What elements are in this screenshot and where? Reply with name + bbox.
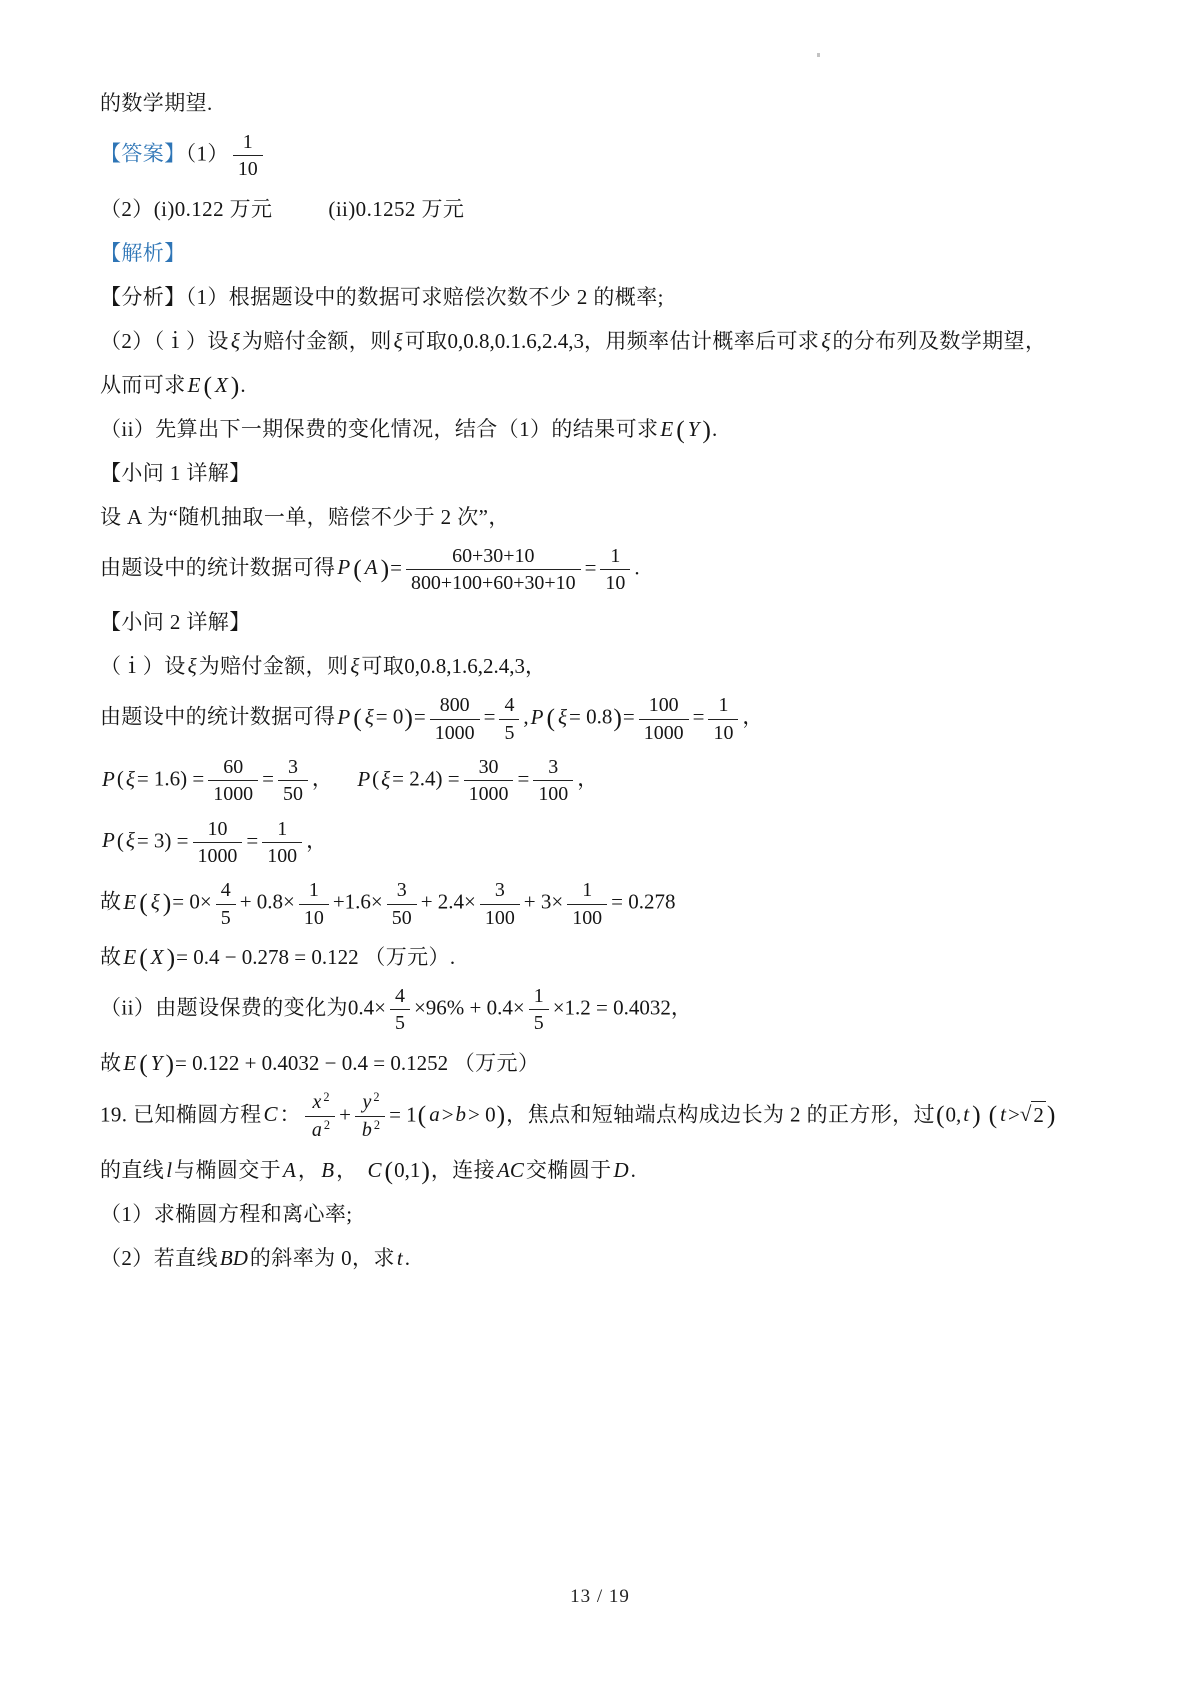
question-19-line: 19. 已知椭圆方程C：x2a2+y2b2= 1(a>b> 0)，焦点和短轴端点…: [100, 1090, 1104, 1143]
text-run: =: [517, 767, 529, 791]
text-run: = 0.8: [569, 705, 612, 729]
fraction: 8001000: [430, 693, 480, 745]
pa-equation-line: 由题设中的统计数据可得P(A)=60+30+10800+100+60+30+10…: [100, 544, 1104, 596]
fraction: 1100: [262, 817, 302, 869]
fraction: 45: [390, 984, 410, 1036]
text-run: 10: [304, 907, 324, 929]
question-tail-line: 的数学期望.: [100, 86, 1104, 120]
text-run: （ii）由题设保费的变化为: [100, 996, 348, 1020]
e-xi-equation-line: 故E(ξ)= 0×45+ 0.8×110+1.6×350+ 2.4×3100+ …: [100, 878, 1104, 930]
text-run: .: [712, 417, 718, 441]
math-var: E: [121, 1051, 138, 1075]
math-var: Y: [686, 417, 702, 441]
text-run: 10: [713, 722, 733, 744]
text-run: 【小问 1 详解】: [100, 461, 251, 485]
text-run: ，: [306, 828, 327, 852]
text-run: >: [442, 1102, 454, 1126]
text-run: =: [623, 705, 635, 729]
text-run: .: [634, 555, 640, 579]
text-run: =: [693, 705, 705, 729]
text-run: 设 A 为“随机抽取一单，赔偿不少于 2 次”，: [100, 505, 510, 529]
text-run: 100: [538, 783, 568, 805]
fraction: 110: [233, 130, 263, 182]
text-run: 1: [534, 985, 544, 1007]
text-run: .: [240, 373, 246, 397]
text-run: 800+100+60+30+10: [411, 572, 576, 594]
text-run: 2: [1033, 1103, 1044, 1127]
big-paren: ): [496, 1100, 507, 1129]
text-run: 0,1: [394, 1158, 420, 1182]
text-run: 为赔付金额，则: [242, 329, 392, 353]
text-run: 1: [718, 694, 728, 716]
text-run: = 3) =: [137, 828, 189, 852]
jiexi-label-line: 【解析】: [100, 236, 1104, 270]
text-run: ，: [577, 767, 598, 791]
event-a-line: 设 A 为“随机抽取一单，赔偿不少于 2 次”，: [100, 500, 1104, 534]
fenxi-ii-line: （ii）先算出下一期保费的变化情况，结合（1）的结果可求E(Y).: [100, 412, 1104, 446]
text-run: = 0: [376, 705, 404, 729]
math-var: t: [395, 1246, 405, 1270]
big-paren: (: [417, 1100, 428, 1129]
text-run: + 0.8×: [240, 890, 295, 914]
text-run: 【小问 2 详解】: [100, 610, 251, 634]
text-run: 1: [610, 545, 620, 567]
text-run: ,: [523, 705, 528, 729]
math-var: P: [529, 705, 546, 729]
text-run: = 1.6) =: [137, 767, 204, 791]
math-var: X: [149, 945, 166, 969]
text-run: + 3×: [524, 890, 563, 914]
p0-p08-equation-line: 由题设中的统计数据可得P(ξ= 0)=8001000=45,P(ξ= 0.8)=…: [100, 693, 1104, 745]
big-paren: ): [420, 1156, 431, 1185]
big-paren: (: [352, 703, 363, 732]
fenxi-line: 【分析】（1）根据题设中的数据可求赔偿次数不少 2 的概率;: [100, 280, 1104, 314]
text-run: ，焦点和短轴端点构成边长为 2 的正方形，过: [506, 1102, 935, 1126]
math-var: ξ: [229, 329, 242, 353]
fraction: 45: [499, 693, 519, 745]
answer-part2-line: （2）(i)0.122 万元(ii)0.1252 万元: [100, 192, 1104, 226]
math-var: A: [281, 1158, 298, 1182]
math-var: ξ: [363, 705, 376, 729]
text-run: 故: [100, 1051, 121, 1075]
math-var: ξ: [124, 828, 137, 852]
text-run: 的直线: [100, 1158, 164, 1182]
text-run: 5: [504, 722, 514, 744]
text-run: 4: [221, 879, 231, 901]
text-run: 50: [283, 783, 303, 805]
text-run: (ii)0.1252 万元: [328, 197, 464, 221]
big-paren: (: [546, 703, 557, 732]
text-run: 从而可求: [100, 373, 186, 397]
big-paren: (: [675, 415, 686, 444]
math-var: ξ: [124, 767, 137, 791]
math-var: t: [961, 1102, 971, 1126]
fraction: y2b2: [355, 1090, 385, 1143]
p16-p24-equation-line: P(ξ= 1.6) =601000=350，P(ξ= 2.4) =301000=…: [100, 755, 1104, 807]
math-var: ξ: [186, 654, 199, 678]
text-run: >: [1008, 1102, 1020, 1126]
text-run: 故: [100, 945, 121, 969]
big-paren: ): [164, 1049, 175, 1078]
big-paren: ): [403, 703, 414, 732]
text-run: =: [390, 555, 402, 579]
big-paren: ): [1046, 1100, 1057, 1129]
text-run: ：: [280, 1102, 301, 1126]
text-run: 的数学期望.: [100, 91, 213, 115]
superscript: 2: [373, 1090, 379, 1104]
question-19-part1-line: （1）求椭圆方程和离心率;: [100, 1197, 1104, 1231]
math-var: ξ: [819, 329, 832, 353]
fraction: 110: [708, 693, 738, 745]
premium-change-line: （ii）由题设保费的变化为0.4×45×96% + 0.4×15×1.2 = 0…: [100, 984, 1104, 1036]
text-run: =: [585, 555, 597, 579]
big-paren: (: [202, 371, 213, 400]
text-run: 【解析】: [100, 241, 186, 265]
math-var: P: [100, 828, 117, 852]
fraction: 110: [600, 544, 630, 596]
p3-equation-line: P(ξ= 3) =101000=1100，: [100, 817, 1104, 869]
fraction: 45: [216, 878, 236, 930]
text-run: 可取: [405, 329, 448, 353]
text-run: 的分布列及数学期望，: [832, 329, 1046, 353]
text-run: 可取: [361, 654, 404, 678]
spacer: [358, 1176, 366, 1177]
math-var: ξ: [379, 767, 392, 791]
text-run: 的斜率为 0，求: [250, 1246, 395, 1270]
text-run: ，: [298, 1158, 319, 1182]
math-var: ξ: [556, 705, 569, 729]
math-var: D: [612, 1158, 631, 1182]
text-run: 0,0.8,0.1.6,2.4,3: [447, 329, 584, 353]
question-19-part2-line: （2）若直线BD的斜率为 0，求t.: [100, 1241, 1104, 1275]
math-var: P: [100, 767, 117, 791]
big-paren: (: [384, 1156, 395, 1185]
fraction: 1100: [567, 878, 607, 930]
text-run: 100: [485, 907, 515, 929]
math-var: ξ: [348, 654, 361, 678]
fraction: x2a2: [305, 1090, 335, 1143]
text-run: 100: [649, 694, 679, 716]
text-run: .: [631, 1158, 637, 1182]
text-run: 由题设中的统计数据可得: [100, 705, 335, 729]
text-run: + 2.4×: [421, 890, 476, 914]
question-19-line2: 的直线l与椭圆交于A，B，C(0,1)，连接AC交椭圆于D.: [100, 1153, 1104, 1187]
math-var: C: [366, 1158, 384, 1182]
superscript: 2: [374, 1118, 380, 1132]
text-run: 5: [534, 1012, 544, 1034]
fraction: 301000: [464, 755, 514, 807]
fraction: 60+30+10800+100+60+30+10: [406, 544, 581, 596]
text-run: = 1: [389, 1102, 417, 1126]
math-var: Y: [149, 1051, 165, 1075]
text-run: 1000: [644, 722, 684, 744]
text-run: 【答案】: [100, 142, 186, 166]
fraction: 601000: [208, 755, 258, 807]
text-run: ，: [671, 996, 692, 1020]
text-run: （2）(i)0.122 万元: [100, 197, 272, 221]
text-run: 1000: [198, 845, 238, 867]
text-run: 1: [582, 879, 592, 901]
math-var: E: [658, 417, 675, 441]
fraction: 350: [278, 755, 308, 807]
superscript: 2: [324, 1118, 330, 1132]
math-var: BD: [218, 1246, 250, 1270]
text-run: 5: [395, 1012, 405, 1034]
math-var: C: [262, 1102, 280, 1126]
text-run: =: [262, 767, 274, 791]
text-run: （万元）.: [359, 945, 456, 969]
text-run: > 0: [468, 1102, 496, 1126]
text-run: （万元）: [448, 1051, 539, 1075]
math-var: A: [363, 555, 380, 579]
text-run: 100: [267, 845, 297, 867]
text-run: =: [246, 828, 258, 852]
fenxi-ex-line: 从而可求E(X).: [100, 368, 1104, 402]
e-x-equation-line: 故E(X)= 0.4 − 0.278 = 0.122 （万元）.: [100, 940, 1104, 974]
math-var: x: [310, 1091, 323, 1113]
text-run: 3: [548, 756, 558, 778]
fraction: 101000: [193, 817, 243, 869]
big-paren: (: [138, 1049, 149, 1078]
document-page: 的数学期望.【答案】（1）110（2）(i)0.122 万元(ii)0.1252…: [0, 0, 1200, 1697]
text-run: （ii）先算出下一期保费的变化情况，结合（1）的结果可求: [100, 417, 658, 441]
fraction: 3100: [480, 878, 520, 930]
text-run: 故: [100, 890, 121, 914]
big-paren: ): [701, 415, 712, 444]
text-run: 1: [309, 879, 319, 901]
big-paren: ): [230, 371, 241, 400]
math-var: P: [335, 555, 352, 579]
sqrt: √2: [1020, 1101, 1046, 1128]
math-var: X: [213, 373, 230, 397]
superscript: 2: [323, 1090, 329, 1104]
spacer: [982, 1120, 988, 1121]
text-run: 10: [207, 818, 227, 840]
text-run: 19. 已知椭圆方程: [100, 1102, 262, 1126]
text-run: （ｉ）设: [100, 654, 186, 678]
fraction: 15: [529, 984, 549, 1036]
math-var: B: [319, 1158, 336, 1182]
text-run: 800: [440, 694, 470, 716]
spacer: [272, 215, 328, 216]
math-var: ξ: [392, 329, 405, 353]
math-var: P: [355, 767, 372, 791]
math-var: E: [121, 890, 138, 914]
xi-values-line: （ｉ）设ξ为赔付金额，则ξ可取0,0.8,1.6,2.4,3，: [100, 649, 1104, 683]
math-var: P: [335, 705, 352, 729]
math-var: E: [121, 945, 138, 969]
text-run: = 0.122 + 0.4032 − 0.4 = 0.1252: [175, 1051, 448, 1075]
text-run: 4: [395, 985, 405, 1007]
big-paren: (: [138, 943, 149, 972]
text-run: ，用频率估计概率后可求: [584, 329, 819, 353]
text-run: 交椭圆于: [526, 1158, 612, 1182]
text-run: .: [405, 1246, 411, 1270]
big-paren: ): [612, 703, 623, 732]
fraction: 1001000: [639, 693, 689, 745]
text-run: 0.4×: [348, 996, 386, 1020]
text-run: 1000: [213, 783, 253, 805]
text-run: ，: [336, 1158, 357, 1182]
text-run: = 0×: [172, 890, 211, 914]
text-run: （1）: [186, 142, 229, 166]
text-run: 【分析】（1）根据题设中的数据可求赔偿次数不少 2 的概率;: [100, 285, 664, 309]
fraction: 350: [387, 878, 417, 930]
text-run: (: [117, 828, 124, 852]
answer-line: 【答案】（1）110: [100, 130, 1104, 182]
text-run: =: [484, 705, 496, 729]
text-run: （1）求椭圆方程和离心率;: [100, 1202, 353, 1226]
big-paren: (: [138, 888, 149, 917]
big-paren: ): [971, 1100, 982, 1129]
math-var: t: [998, 1102, 1008, 1126]
spacer: [333, 785, 355, 786]
text-run: 0,: [946, 1102, 962, 1126]
subquestion2-header-line: 【小问 2 详解】: [100, 605, 1104, 639]
text-run: 5: [221, 907, 231, 929]
math-var: E: [186, 373, 203, 397]
big-paren: ): [166, 943, 177, 972]
text-run: 为赔付金额，则: [199, 654, 349, 678]
text-run: = 0.4 − 0.278 = 0.122: [176, 945, 359, 969]
big-paren: (: [988, 1100, 999, 1129]
fraction: 3100: [533, 755, 573, 807]
e-y-equation-line: 故E(Y)= 0.122 + 0.4032 − 0.4 = 0.1252 （万元…: [100, 1046, 1104, 1080]
big-paren: ): [380, 554, 391, 583]
subquestion1-header-line: 【小问 1 详解】: [100, 456, 1104, 490]
stray-mark: [817, 53, 820, 57]
text-run: 0,0.8,1.6,2.4,3: [404, 654, 525, 678]
text-run: ×1.2 = 0.4032: [553, 996, 671, 1020]
text-run: +1.6×: [333, 890, 383, 914]
content: 的数学期望.【答案】（1）110（2）(i)0.122 万元(ii)0.1252…: [100, 86, 1104, 1275]
text-run: 10: [238, 158, 258, 180]
fraction: 110: [299, 878, 329, 930]
text-run: 3: [288, 756, 298, 778]
text-run: ，: [525, 654, 546, 678]
text-run: 60: [223, 756, 243, 778]
text-run: 100: [572, 907, 602, 929]
page-number: 13 / 19: [0, 1586, 1200, 1608]
text-run: 由题设中的统计数据可得: [100, 555, 335, 579]
text-run: +: [339, 1102, 351, 1126]
big-paren: (: [935, 1100, 946, 1129]
big-paren: ): [162, 888, 173, 917]
text-run: 1000: [435, 722, 475, 744]
math-var: l: [164, 1158, 174, 1182]
text-run: ，: [742, 705, 763, 729]
text-run: 10: [605, 572, 625, 594]
text-run: 30: [479, 756, 499, 778]
text-run: = 2.4) =: [392, 767, 459, 791]
text-run: (: [117, 767, 124, 791]
text-run: 3: [397, 879, 407, 901]
text-run: 1: [277, 818, 287, 840]
math-var: b: [454, 1102, 469, 1126]
math-var: a: [310, 1119, 324, 1141]
math-var: a: [427, 1102, 442, 1126]
text-run: ，连接: [431, 1158, 495, 1182]
text-run: =: [414, 705, 426, 729]
text-run: 3: [495, 879, 505, 901]
fenxi-part2-line: （2）（ｉ）设ξ为赔付金额，则ξ可取0,0.8,0.1.6,2.4,3，用频率估…: [100, 324, 1104, 358]
math-var: AC: [495, 1158, 526, 1182]
text-run: 60+30+10: [452, 545, 534, 567]
text-run: 1000: [469, 783, 509, 805]
big-paren: (: [352, 554, 363, 583]
text-run: （2）（ｉ）设: [100, 329, 229, 353]
text-run: 与椭圆交于: [174, 1158, 281, 1182]
text-run: 1: [243, 131, 253, 153]
text-run: 4: [504, 694, 514, 716]
math-var: y: [360, 1091, 373, 1113]
math-var: ξ: [149, 890, 162, 914]
text-run: = 0.278: [611, 890, 675, 914]
math-var: b: [360, 1119, 374, 1141]
text-run: 50: [392, 907, 412, 929]
text-run: （2）若直线: [100, 1246, 218, 1270]
text-run: ×96% + 0.4×: [414, 996, 525, 1020]
text-run: ，: [312, 767, 333, 791]
